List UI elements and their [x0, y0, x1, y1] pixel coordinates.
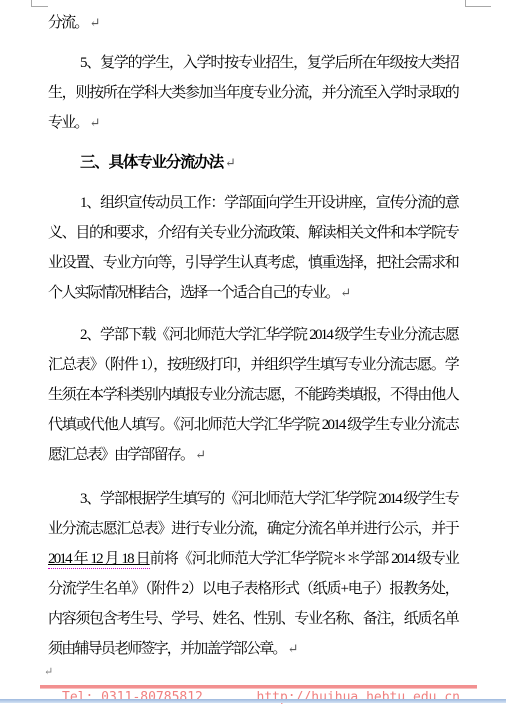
paragraph-mark: ↵ — [195, 447, 206, 462]
paragraph-item-1: 1、组织宣传动员工作：学部面向学生开设讲座，宣传分流的意 义、目的和要求，介绍有… — [48, 188, 458, 308]
paragraph-mark: ↵ — [225, 155, 236, 170]
paragraph-item-5: 5、复学的学生，入学时按专业招生，复学后所在年级按大类招 生，则按所在学科大类参… — [48, 48, 458, 138]
text-line: 内容须包含考生号、学号、姓名、性别、专业名称、备注，纸质名单 — [48, 604, 458, 634]
text-line: 生须在本学科类别内填报专业分流志愿，不能跨类填报，不得由他人 — [48, 380, 458, 410]
paragraph-mark: ↵ — [340, 285, 351, 300]
text-line: 义、目的和要求，介绍有关专业分流政策、解读相关文件和本学院专 — [48, 218, 458, 248]
deadline-date: 2014 年 12 月 18 日 — [48, 551, 150, 569]
text-line: 汇总表》（附件 1），按班级打印，并组织学生填写专业分流志愿。学 — [48, 350, 458, 380]
paragraph-mark: ↵ — [90, 115, 101, 130]
text-line: 分流。↵ — [48, 8, 458, 38]
paragraph-mark: ↵ — [288, 641, 299, 656]
text-line: 个人实际情况相结合，选择一个适合自己的专业。↵ — [48, 278, 458, 308]
paragraph-mark: ↵ — [90, 15, 101, 30]
text-line: 专业。↵ — [48, 108, 458, 138]
text-line: 代填或代他人填写。《河北师范大学汇华学院 2014 级学生专业分流志 — [48, 410, 458, 440]
word-document-page: 分流。↵ 5、复学的学生，入学时按专业招生，复学后所在年级按大类招 生，则按所在… — [0, 0, 506, 704]
text-line: 须由辅导员老师签字，并加盖学部公章。↵ — [48, 634, 458, 664]
text-line: 分流学生名单》（附件 2）以电子表格形式（纸质+电子）报教务处， — [48, 574, 458, 604]
window-bottom-edge — [0, 699, 506, 703]
text-line: 2、学部下载《河北师范大学汇华学院 2014 级学生专业分流志愿 — [48, 320, 458, 350]
heading-text: 三、具体专业分流办法↵ — [48, 148, 458, 178]
text-line: 生，则按所在学科大类参加当年度专业分流，并分流至入学时录取的 — [48, 78, 458, 108]
paragraph-continuation: 分流。↵ — [48, 8, 458, 38]
section-heading-3: 三、具体专业分流办法↵ — [48, 148, 458, 178]
text-line: 3、学部根据学生填写的《河北师范大学汇华学院 2014 级学生专 — [48, 484, 458, 514]
text-line: 5、复学的学生，入学时按专业招生，复学后所在年级按大类招 — [48, 48, 458, 78]
text-boundary-mark-top-right — [465, 0, 491, 7]
text-line: 1、组织宣传动员工作：学部面向学生开设讲座，宣传分流的意 — [48, 188, 458, 218]
text-line: 业设置、专业方向等，引导学生认真考虑，慎重选择，把社会需求和 — [48, 248, 458, 278]
text-boundary-mark-top-left — [31, 0, 48, 7]
text-line: 业分流志愿汇总表》进行专业分流，确定分流名单并进行公示，并于 — [48, 514, 458, 544]
text-line: 愿汇总表》由学部留存。↵ — [48, 440, 458, 470]
footer-paragraph-mark: ↵ — [44, 666, 53, 678]
text-line: 2014 年 12 月 18 日前将《河北师范大学汇华学院＊＊学部 2014 级… — [48, 544, 458, 574]
footer-divider-line — [40, 685, 477, 688]
paragraph-item-3: 3、学部根据学生填写的《河北师范大学汇华学院 2014 级学生专 业分流志愿汇总… — [48, 484, 458, 664]
paragraph-item-2: 2、学部下载《河北师范大学汇华学院 2014 级学生专业分流志愿 汇总表》（附件… — [48, 320, 458, 470]
